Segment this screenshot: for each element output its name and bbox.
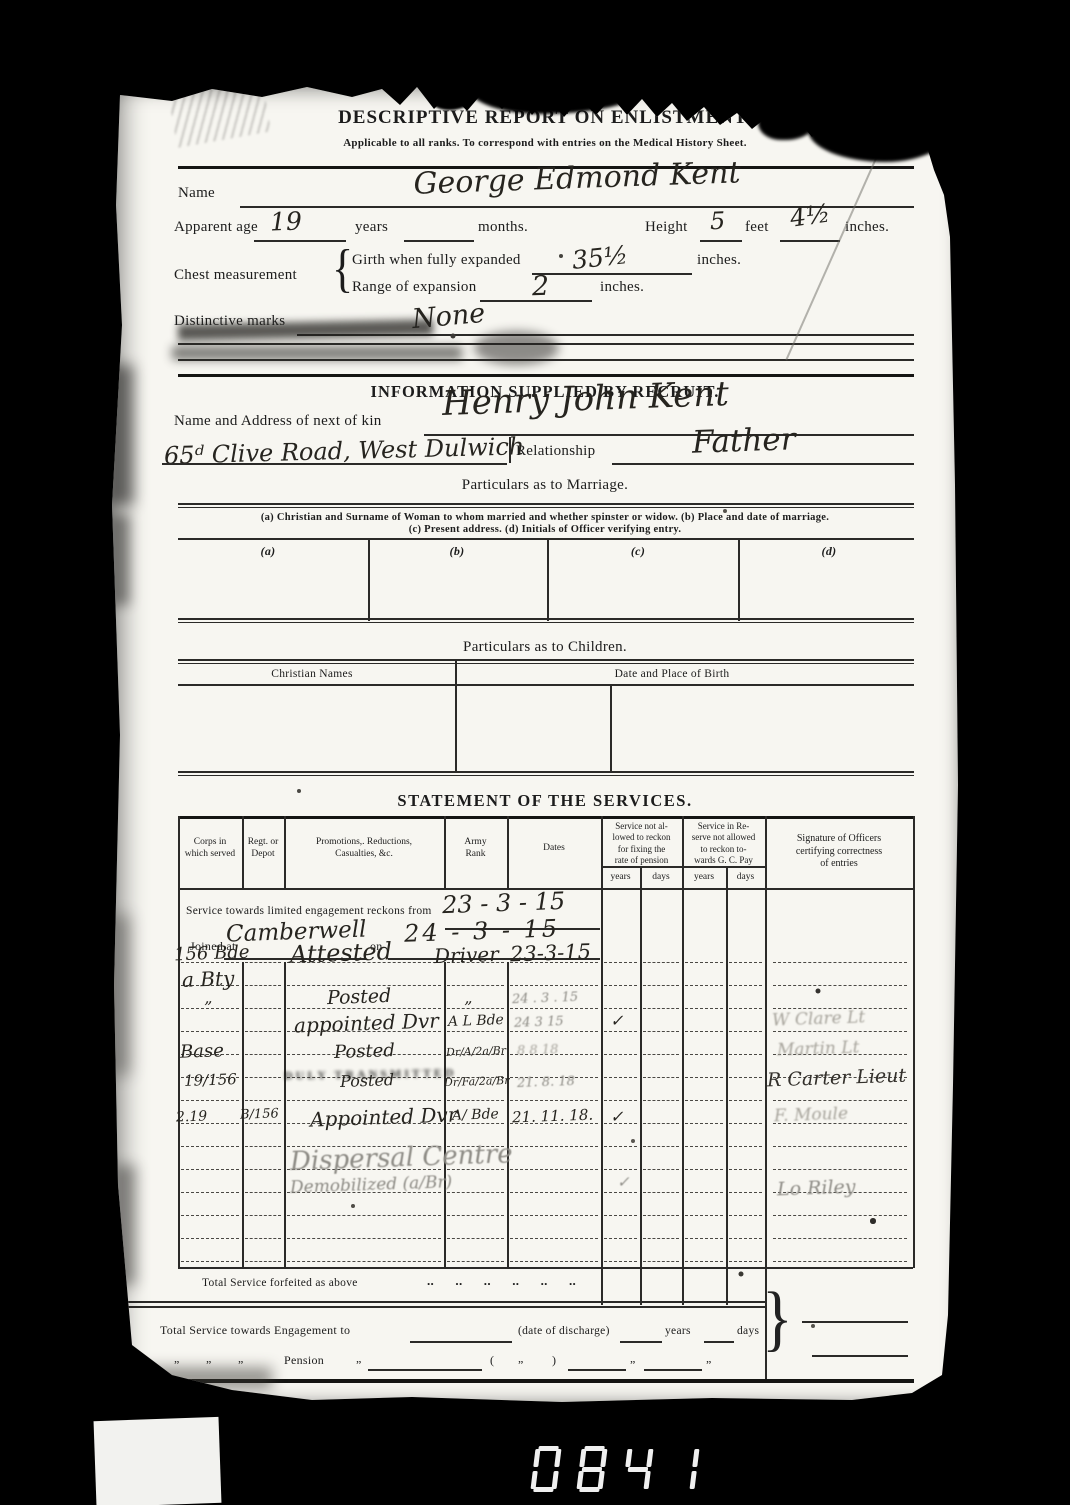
table-row-line	[604, 1054, 637, 1055]
entry-tick: ✓	[610, 1107, 624, 1126]
table-row-line	[643, 1146, 679, 1147]
height-feet-label: feet	[745, 219, 769, 236]
table-row-line	[181, 1008, 239, 1009]
pension-line	[644, 1369, 702, 1371]
children-divider	[455, 659, 457, 773]
age-value: 19	[270, 206, 303, 236]
entry-tick: ✓	[610, 1011, 624, 1030]
col-border	[284, 816, 286, 890]
right-brace: }	[762, 1275, 793, 1360]
table-row-line	[181, 1261, 239, 1262]
table-row-line	[685, 1123, 723, 1124]
table-row-line	[510, 1215, 598, 1216]
table-row-line	[685, 1169, 723, 1170]
table-row-line	[447, 1215, 504, 1216]
table-row-line	[510, 1169, 598, 1170]
table-row-line	[643, 1054, 679, 1055]
table-row-line	[245, 1054, 281, 1055]
rule	[178, 503, 914, 505]
col-header-regt: Regt. or Depot	[242, 837, 284, 861]
table-row-line	[447, 1100, 504, 1101]
rule	[178, 622, 914, 624]
table-row-line	[643, 962, 679, 963]
entry-corps: 156 Bde	[174, 942, 250, 966]
entry-signature: R Carter Lieut	[767, 1065, 907, 1092]
table-row-line	[604, 962, 637, 963]
height-inches-label: inches.	[845, 219, 889, 236]
table-row-line	[643, 1123, 679, 1124]
paren-open: (	[490, 1353, 494, 1368]
table-row-line	[447, 1238, 504, 1239]
entry-promotion: Demobilized (a/Br)	[290, 1172, 453, 1198]
marks-line	[297, 334, 914, 336]
entry-date: 8 8 18	[517, 1042, 559, 1058]
girth-unit-label: inches.	[697, 252, 741, 269]
code-digit	[576, 1446, 608, 1492]
table-row-line	[510, 1192, 598, 1193]
table-row-line	[287, 1215, 441, 1216]
entry-corps: „	[204, 988, 213, 1007]
entry-signature: Martin Lt	[777, 1038, 860, 1061]
stamp-smudge-bar	[172, 346, 462, 360]
table-row-line	[773, 985, 907, 986]
entry-tick: ✓	[617, 1173, 630, 1191]
table-row-line	[245, 1192, 281, 1193]
engagement-line	[410, 1341, 512, 1343]
girth-value: 35½	[571, 240, 630, 275]
table-row-line	[685, 1238, 723, 1239]
days-label: days	[737, 1325, 759, 1337]
double-rule	[120, 1306, 765, 1308]
table-row-line	[447, 985, 504, 986]
children-section-title: Particulars as to Children.	[225, 639, 865, 656]
table-row-line	[604, 1008, 637, 1009]
table-row-line	[643, 1261, 679, 1262]
pension-ditto: „	[706, 1351, 712, 1366]
entry-signature: Lo Riley	[777, 1176, 856, 1201]
marriage-divider	[738, 538, 740, 621]
table-row-line	[773, 1169, 907, 1170]
table-row-line	[245, 962, 281, 963]
code-digit	[668, 1446, 700, 1492]
reckons-label: Service towards limited engagement recko…	[186, 905, 432, 917]
table-row-line	[729, 962, 762, 963]
chest-brace: {	[332, 238, 353, 299]
scanned-document-page: DESCRIPTIVE REPORT ON ENLISTMENT. Applic…	[0, 0, 1070, 1505]
film-label-box	[94, 1417, 222, 1505]
age-label: Apparent age	[174, 219, 258, 236]
col-header-promotions: Promotions,. Reductions, Casualties, &c.	[284, 837, 444, 861]
entry-promotion: appointed Dvr	[294, 1008, 440, 1037]
entry-signature: F. Moule	[774, 1104, 849, 1127]
brace-line	[812, 1355, 908, 1357]
table-row-line	[245, 1169, 281, 1170]
col-border	[507, 962, 509, 1268]
table-row-line	[510, 1261, 598, 1262]
double-rule	[120, 1301, 765, 1303]
blank-line	[178, 343, 914, 345]
pension-ditto: „	[518, 1351, 524, 1366]
entry-rank: A/ Bde	[452, 1106, 499, 1124]
table-row-line	[245, 1146, 281, 1147]
entry-promotion: Posted	[327, 985, 392, 1009]
code-digit	[622, 1446, 654, 1492]
entry-date: 24 3 15	[514, 1014, 564, 1031]
table-row-line	[773, 1031, 907, 1032]
table-row-line	[643, 1238, 679, 1239]
table-row-line	[685, 1031, 723, 1032]
col-header-pension: Service not al- lowed to reckon for fixi…	[601, 821, 682, 866]
table-row-line	[729, 1123, 762, 1124]
table-row-line	[447, 1008, 504, 1009]
years-line	[620, 1341, 662, 1343]
table-row-line	[245, 1123, 281, 1124]
engagement-label: Total Service towards Engagement to	[160, 1323, 350, 1338]
table-row-line	[729, 1215, 762, 1216]
table-row-line	[685, 1054, 723, 1055]
entry-promotion: Attested	[290, 937, 393, 969]
chest-label: Chest measurement	[174, 267, 297, 284]
table-row-line	[729, 1192, 762, 1193]
document-page: DESCRIPTIVE REPORT ON ENLISTMENT. Applic…	[112, 85, 958, 1403]
table-row-line	[181, 1031, 239, 1032]
kin-name-value: Henry John Kent	[441, 374, 729, 424]
table-row-line	[773, 962, 907, 963]
subcol-days: days	[640, 872, 682, 884]
table-row-line	[685, 1192, 723, 1193]
rule	[178, 507, 914, 509]
pension-label: Pension	[284, 1353, 324, 1368]
name-value: George Edmond Kent	[362, 154, 793, 204]
table-row-line	[604, 1077, 637, 1078]
marriage-divider	[547, 538, 549, 621]
table-row-line	[685, 1100, 723, 1101]
table-row-line	[604, 1261, 637, 1262]
table-row-line	[685, 1215, 723, 1216]
torn-edge-blob	[808, 86, 956, 162]
table-row-line	[643, 1100, 679, 1101]
table-row-line	[245, 1077, 281, 1078]
marriage-section-title: Particulars as to Marriage.	[225, 477, 865, 494]
col-header-signature: Signature of Officers certifying correct…	[765, 833, 913, 871]
table-row-line	[773, 1100, 907, 1101]
col-border	[726, 866, 728, 1305]
name-label: Name	[178, 185, 215, 202]
address-line	[162, 463, 507, 465]
edge-smudge	[110, 515, 130, 605]
table-row-line	[729, 1146, 762, 1147]
table-row-line	[643, 1077, 679, 1078]
table-row-line	[604, 985, 637, 986]
rule	[178, 618, 914, 620]
marriage-col-d: (d)	[779, 544, 879, 559]
height-inches-value: 4½	[788, 198, 832, 232]
table-row-line	[729, 985, 762, 986]
table-row-line	[604, 1100, 637, 1101]
col-header-corps: Corps in which served	[178, 837, 242, 861]
table-row-line	[181, 1169, 239, 1170]
kin-label: Name and Address of next of kin	[174, 413, 382, 430]
table-row-line	[685, 1146, 723, 1147]
rule	[178, 538, 914, 540]
age-years-label: years	[355, 219, 388, 236]
table-bottom-rule	[178, 1267, 913, 1269]
table-row-line	[447, 1031, 504, 1032]
children-col-birth: Date and Place of Birth	[542, 668, 802, 680]
table-row-line	[773, 1238, 907, 1239]
table-row-line	[685, 962, 723, 963]
entry-promotion: Appointed Dvr	[310, 1102, 458, 1131]
pension-line	[568, 1369, 626, 1371]
relationship-label: Relationship	[516, 443, 595, 460]
table-row-line	[510, 1100, 598, 1101]
table-row-line	[685, 985, 723, 986]
table-row-line	[729, 1077, 762, 1078]
rule	[178, 775, 914, 777]
table-row-line	[729, 1100, 762, 1101]
brace-line	[802, 1321, 908, 1323]
table-row-line	[181, 1238, 239, 1239]
marriage-col-b: (b)	[407, 544, 507, 559]
children-col-names: Christian Names	[212, 668, 412, 680]
entry-date: 21. 8. 18	[517, 1074, 575, 1091]
entry-promotion: Posted	[334, 1040, 396, 1063]
table-row-line	[447, 1261, 504, 1262]
paren-close: )	[552, 1353, 556, 1368]
table-row-line	[773, 1215, 907, 1216]
table-row-line	[685, 1008, 723, 1009]
girth-line	[532, 273, 692, 275]
entry-rank: „	[464, 988, 473, 1007]
expansion-label: Range of expansion	[352, 279, 477, 296]
blank-line	[178, 359, 914, 361]
col-border	[640, 866, 642, 1305]
entry-date: 21. 11. 18.	[512, 1106, 594, 1127]
entry-rank: A L Bde	[448, 1012, 504, 1030]
entry-signature: W Clare Lt	[772, 1007, 866, 1030]
table-row-line	[729, 1054, 762, 1055]
table-row-line	[447, 1192, 504, 1193]
table-row-line	[245, 985, 281, 986]
subcol-years: years	[601, 872, 640, 884]
table-row-line	[643, 1169, 679, 1170]
table-row-line	[643, 1008, 679, 1009]
pension-ditto: „	[356, 1351, 362, 1366]
years-label: years	[665, 1325, 691, 1337]
table-row-line	[643, 985, 679, 986]
table-row-line	[287, 1100, 441, 1101]
marriage-col-a: (a)	[218, 544, 318, 559]
table-row-line	[604, 1146, 637, 1147]
table-row-line	[245, 1031, 281, 1032]
page-subtitle: Applicable to all ranks. To correspond w…	[225, 137, 865, 149]
microfilm-code	[533, 1446, 733, 1496]
section-rule	[178, 374, 914, 377]
expansion-unit-label: inches.	[600, 279, 644, 296]
table-row-line	[729, 1261, 762, 1262]
table-row-line	[287, 1238, 441, 1239]
table-top-rule	[178, 816, 913, 819]
discharge-label: (date of discharge)	[518, 1325, 610, 1337]
rule	[178, 771, 914, 773]
table-row-line	[510, 1031, 598, 1032]
marriage-divider	[368, 538, 370, 621]
col-border	[242, 816, 244, 890]
entry-promotion: Dispersal Centre	[290, 1139, 514, 1177]
entry-corps: Base	[180, 1040, 225, 1063]
marriage-note-2: (c) Present address. (d) Initials of Off…	[192, 524, 898, 535]
table-row-line	[773, 1146, 907, 1147]
table-row-line	[510, 985, 598, 986]
transmitted-stamp: DULY TRANSMITTED	[284, 1065, 457, 1083]
relationship-value: Father	[691, 421, 796, 461]
height-label: Height	[645, 219, 688, 236]
col-border	[507, 816, 509, 890]
age-months-label: months.	[478, 219, 528, 236]
table-row-line	[685, 1261, 723, 1262]
col-header-gcpay: Service in Re- serve not allowed to reck…	[682, 821, 765, 866]
children-divider	[610, 684, 612, 773]
table-row-line	[643, 1192, 679, 1193]
entry-date: 23-3-15	[510, 940, 592, 967]
feet-line	[700, 240, 742, 242]
marriage-note-1: (a) Christian and Surname of Woman to wh…	[192, 512, 898, 523]
table-row-line	[604, 1192, 637, 1193]
entry-rank: Driver	[434, 942, 499, 968]
forfeited-label: Total Service forfeited as above	[202, 1277, 358, 1289]
rule	[178, 663, 914, 665]
table-row-line	[181, 1146, 239, 1147]
services-section-title: STATEMENT OF THE SERVICES.	[225, 791, 865, 811]
table-row-line	[245, 1100, 281, 1101]
table-row-line	[245, 1215, 281, 1216]
table-row-line	[287, 1261, 441, 1262]
edge-smudge	[112, 915, 130, 1075]
marks-label: Distinctive marks	[174, 313, 285, 330]
pension-dittos: „ „ „	[174, 1351, 244, 1366]
edge-smudge	[108, 365, 134, 505]
entry-corps: 2.19	[176, 1108, 208, 1125]
table-row-line	[643, 1031, 679, 1032]
paper-specks	[112, 85, 114, 87]
days-line	[704, 1341, 734, 1343]
pension-ditto: „	[630, 1351, 636, 1366]
table-row-line	[245, 1261, 281, 1262]
table-row-line	[729, 1008, 762, 1009]
entry-regt: B/156	[240, 1106, 279, 1122]
relationship-line	[612, 463, 914, 465]
marks-value: None	[411, 298, 487, 335]
table-row-line	[510, 1146, 598, 1147]
marriage-col-c: (c)	[588, 544, 688, 559]
girth-label: Girth when fully expanded	[352, 252, 521, 269]
table-row-line	[729, 1169, 762, 1170]
col-border	[444, 816, 446, 890]
height-feet-value: 5	[710, 207, 726, 236]
table-row-line	[604, 1031, 637, 1032]
months-line	[404, 240, 474, 242]
torn-edge-blob	[470, 58, 650, 114]
entry-rank: Dr/A/2a/Br	[446, 1044, 506, 1059]
table-row-line	[604, 1169, 637, 1170]
table-row-line	[729, 1031, 762, 1032]
table-row-line	[604, 1238, 637, 1239]
subcol-days: days	[726, 872, 765, 884]
bottom-rule	[120, 1379, 914, 1383]
table-row-line	[181, 1100, 239, 1101]
table-row-line	[729, 1238, 762, 1239]
rule	[178, 659, 914, 661]
col-header-rank: Army Rank	[444, 837, 507, 861]
rule	[178, 684, 914, 686]
table-row-line	[245, 1238, 281, 1239]
entry-date: 24 . 3 . 15	[512, 990, 579, 1007]
table-row-line	[773, 1261, 907, 1262]
inches-line	[780, 240, 840, 242]
table-row-line	[685, 1077, 723, 1078]
pension-line	[368, 1369, 482, 1371]
divider-tick	[509, 437, 511, 463]
table-row-line	[181, 1215, 239, 1216]
entry-corps: 19/156	[184, 1070, 237, 1090]
subcol-years: years	[682, 872, 726, 884]
table-row-line	[181, 1192, 239, 1193]
code-digit	[530, 1446, 562, 1492]
col-header-dates: Dates	[507, 843, 601, 855]
corner-smudge	[142, 1367, 272, 1389]
forfeited-dots: .. .. .. .. .. ..	[427, 1273, 576, 1289]
col-border	[682, 816, 684, 1305]
table-row-line	[510, 1238, 598, 1239]
expansion-value: 2	[531, 271, 549, 303]
col-border	[284, 962, 286, 1268]
table-row-line	[245, 1008, 281, 1009]
crease-line	[785, 150, 880, 361]
table-row-line	[604, 1215, 637, 1216]
table-row-line	[510, 1008, 598, 1009]
edge-smudge	[114, 1165, 136, 1285]
col-border	[913, 816, 915, 1268]
col-border	[601, 816, 603, 1305]
table-row-line	[643, 1215, 679, 1216]
